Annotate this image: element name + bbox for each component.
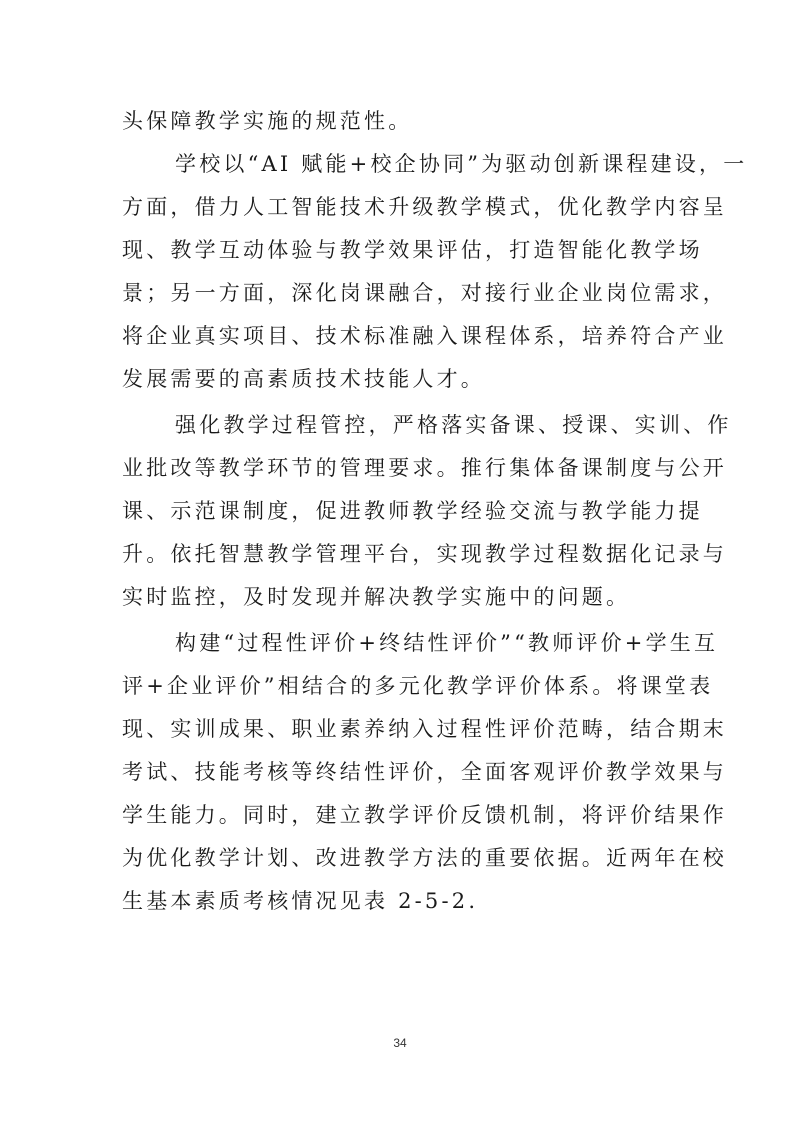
paragraph-line: 强化教学过程管控，严格落实备课、授课、实训、作	[175, 410, 662, 440]
paragraph-line: 业批改等教学环节的管理要求。推行集体备课制度与公开	[122, 453, 662, 483]
paragraph-line: 头保障教学实施的规范性。	[122, 106, 412, 136]
paragraph-line: 实时监控，及时发现并解决教学实施中的问题。	[122, 582, 630, 612]
paragraph-line: 为优化教学计划、改进教学方法的重要依据。近两年在校	[122, 843, 662, 873]
paragraph-line: 现、教学互动体验与教学效果评估，打造智能化教学场	[122, 235, 662, 265]
paragraph-line: 构建“过程性评价+终结性评价”“教师评价+学生互	[175, 628, 662, 658]
paragraph-line: 学生能力。同时，建立教学评价反馈机制，将评价结果作	[122, 800, 662, 830]
document-page: 头保障教学实施的规范性。 学校以“AI 赋能+校企协同”为驱动创新课程建设，一 …	[0, 0, 800, 1131]
page-number: 34	[0, 1036, 800, 1050]
paragraph-line: 评+企业评价”相结合的多元化教学评价体系。将课堂表	[122, 671, 662, 701]
paragraph-line: 课、示范课制度，促进教师教学经验交流与教学能力提	[122, 496, 662, 526]
paragraph-line: 生基本素质考核情况见表 2-5-2.	[122, 886, 478, 916]
paragraph-line: 现、实训成果、职业素养纳入过程性评价范畴，结合期末	[122, 714, 662, 744]
paragraph-line: 升。依托智慧教学管理平台，实现教学过程数据化记录与	[122, 539, 662, 569]
paragraph-line: 发展需要的高素质技术技能人才。	[122, 364, 485, 394]
paragraph-line: 景；另一方面，深化岗课融合，对接行业企业岗位需求，	[122, 278, 662, 308]
paragraph-line: 学校以“AI 赋能+校企协同”为驱动创新课程建设，一	[175, 149, 662, 179]
paragraph-line: 方面，借力人工智能技术升级教学模式，优化教学内容呈	[122, 192, 662, 222]
paragraph-line: 将企业真实项目、技术标准融入课程体系，培养符合产业	[122, 321, 662, 351]
paragraph-line: 考试、技能考核等终结性评价，全面客观评价教学效果与	[122, 757, 662, 787]
